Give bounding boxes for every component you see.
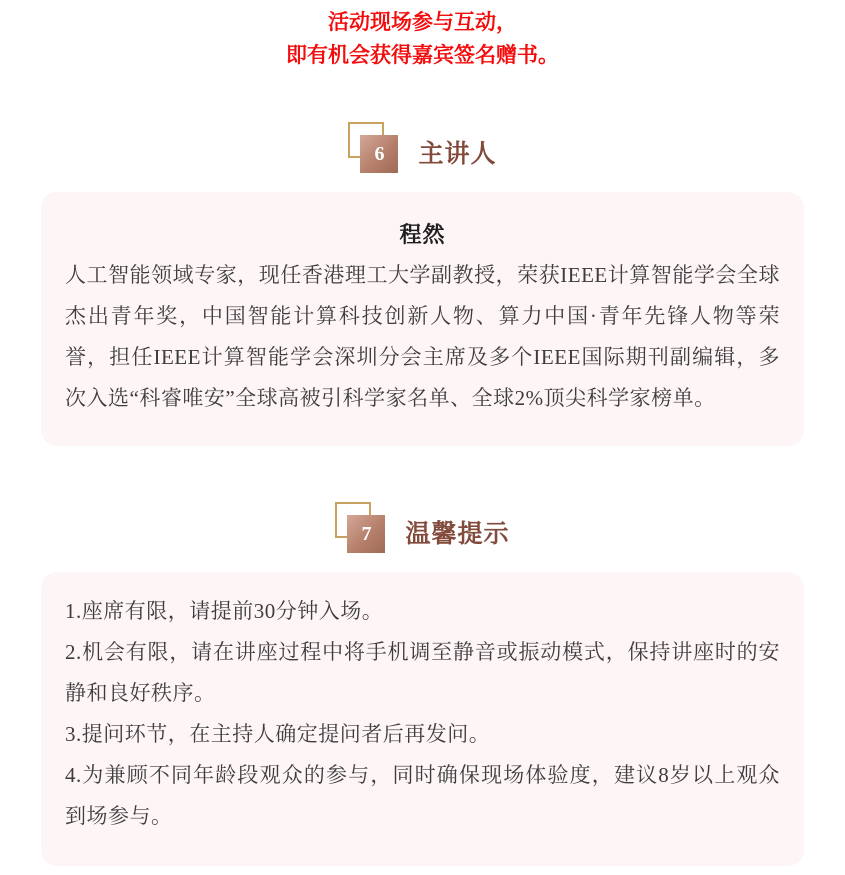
section-title-speaker: 主讲人 <box>418 135 496 173</box>
section-number-badge: 6 <box>348 122 398 173</box>
speaker-card: 程然 人工智能领域专家，现任香港理工大学副教授，荣获IEEE计算智能学会全球杰出… <box>41 192 804 446</box>
badge-number: 7 <box>347 515 385 553</box>
section-header-speaker: 6 主讲人 <box>0 122 845 173</box>
intro-line-1: 活动现场参与互动， <box>0 6 845 39</box>
tips-card: 1.座席有限，请提前30分钟入场。 2.机会有限，请在讲座过程中将手机调至静音或… <box>41 572 804 866</box>
section-number-badge: 7 <box>335 502 385 553</box>
intro-text: 活动现场参与互动， 即有机会获得嘉宾签名赠书。 <box>0 0 845 72</box>
tip-item-4: 4.为兼顾不同年龄段观众的参与，同时确保现场体验度，建议8岁以上观众到场参与。 <box>65 755 780 837</box>
tip-item-1: 1.座席有限，请提前30分钟入场。 <box>65 591 780 632</box>
badge-number: 6 <box>360 135 398 173</box>
speaker-name: 程然 <box>65 214 780 255</box>
tip-item-2: 2.机会有限，请在讲座过程中将手机调至静音或振动模式，保持讲座时的安静和良好秩序… <box>65 632 780 714</box>
section-header-tips: 7 温馨提示 <box>0 502 845 553</box>
article-page: 活动现场参与互动， 即有机会获得嘉宾签名赠书。 6 主讲人 程然 人工智能领域专… <box>0 0 845 875</box>
section-title-tips: 温馨提示 <box>405 515 509 553</box>
tip-item-3: 3.提问环节，在主持人确定提问者后再发问。 <box>65 714 780 755</box>
intro-line-2: 即有机会获得嘉宾签名赠书。 <box>0 39 845 72</box>
speaker-bio: 人工智能领域专家，现任香港理工大学副教授，荣获IEEE计算智能学会全球杰出青年奖… <box>65 255 780 419</box>
